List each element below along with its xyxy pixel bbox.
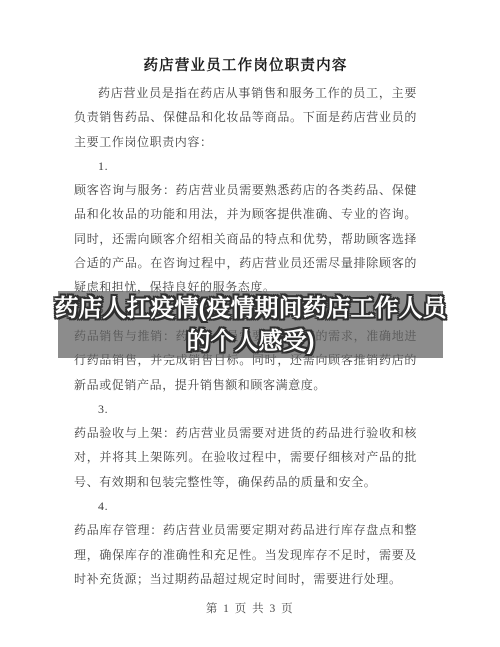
- watermark-line-2: 的个人感受): [187, 325, 315, 358]
- watermark-line-1: 药店人扛疫情(疫情期间药店工作人员: [55, 292, 447, 325]
- page-number-label: 第 1 页 共 3 页: [206, 603, 294, 615]
- document-title: 药店营业员工作岗位职责内容: [74, 54, 417, 78]
- paragraph-intro: 药店营业员是指在药店从事销售和服务工作的员工，主要负责销售药品、保健品和化妆品等…: [74, 81, 417, 154]
- paragraph-duty-1: 顾客咨询与服务：药店营业员需要熟悉药店的各类药品、保健品和化妆品的功能和用法，并…: [74, 178, 417, 299]
- list-number-3: 3.: [74, 397, 417, 421]
- watermark-banner: 药店人扛疫情(疫情期间药店工作人员 的个人感受): [58, 291, 443, 358]
- page-footer: 第 1 页 共 3 页: [0, 600, 500, 616]
- list-number-1: 1.: [74, 154, 417, 178]
- paragraph-duty-3: 药品验收与上架：药店营业员需要对进货的药品进行验收和核对，并将其上架陈列。在验收…: [74, 421, 417, 494]
- paragraph-duty-4: 药品库存管理：药店营业员需要定期对药品进行库存盘点和整理，确保库存的准确性和充足…: [74, 518, 417, 591]
- list-number-4: 4.: [74, 494, 417, 518]
- document-viewer: 药店营业员工作岗位职责内容 药店营业员是指在药店从事销售和服务工作的员工，主要负…: [0, 0, 500, 647]
